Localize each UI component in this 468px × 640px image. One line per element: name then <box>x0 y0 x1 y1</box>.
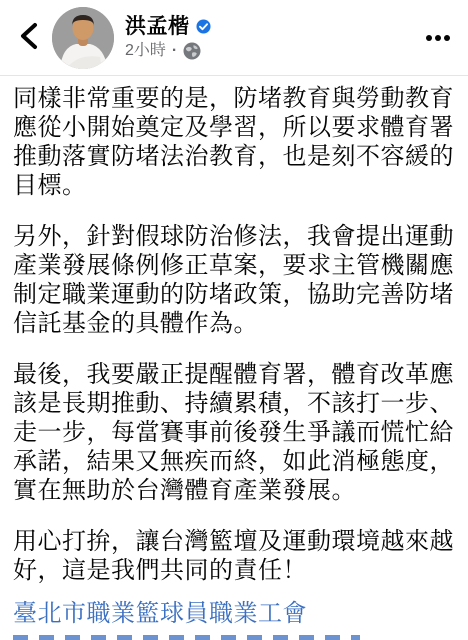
post-paragraph: 同樣非常重要的是，防堵教育與勞動教育 應從小開始奠定及學習，所以要求體育署 推動… <box>13 84 455 200</box>
globe-icon <box>183 42 201 60</box>
verified-badge-icon <box>196 19 211 34</box>
author-block: 洪孟楷 2小時 · <box>125 16 211 60</box>
post-meta: 2小時 · <box>125 42 211 60</box>
author-name[interactable]: 洪孟楷 <box>125 16 190 37</box>
clipped-next-line-fragment <box>13 635 360 640</box>
timestamp: 2小時 <box>125 43 166 59</box>
post-paragraph: 另外，針對假球防治修法，我會提出運動 產業發展條例修正草案，要求主管機關應 制定… <box>13 222 455 338</box>
post-paragraph: 用心打拚，讓台灣籃壇及運動環境越來越 好，這是我們共同的責任！ <box>13 527 455 585</box>
post-paragraph: 最後，我要嚴正提醒體育署，體育改革應 該是長期推動、持續累積，不該打一步、 走一… <box>13 360 455 505</box>
back-button[interactable] <box>12 16 44 60</box>
more-options-button[interactable] <box>422 25 454 51</box>
post-header: 洪孟楷 2小時 · <box>0 0 468 76</box>
chevron-left-icon <box>18 21 40 54</box>
avatar[interactable] <box>52 7 114 69</box>
ellipsis-icon <box>426 35 450 41</box>
mention-link[interactable]: 臺北市職業籃球員職業工會 <box>13 599 455 628</box>
post-body: 同樣非常重要的是，防堵教育與勞動教育 應從小開始奠定及學習，所以要求體育署 推動… <box>0 76 468 640</box>
meta-separator: · <box>172 43 177 59</box>
